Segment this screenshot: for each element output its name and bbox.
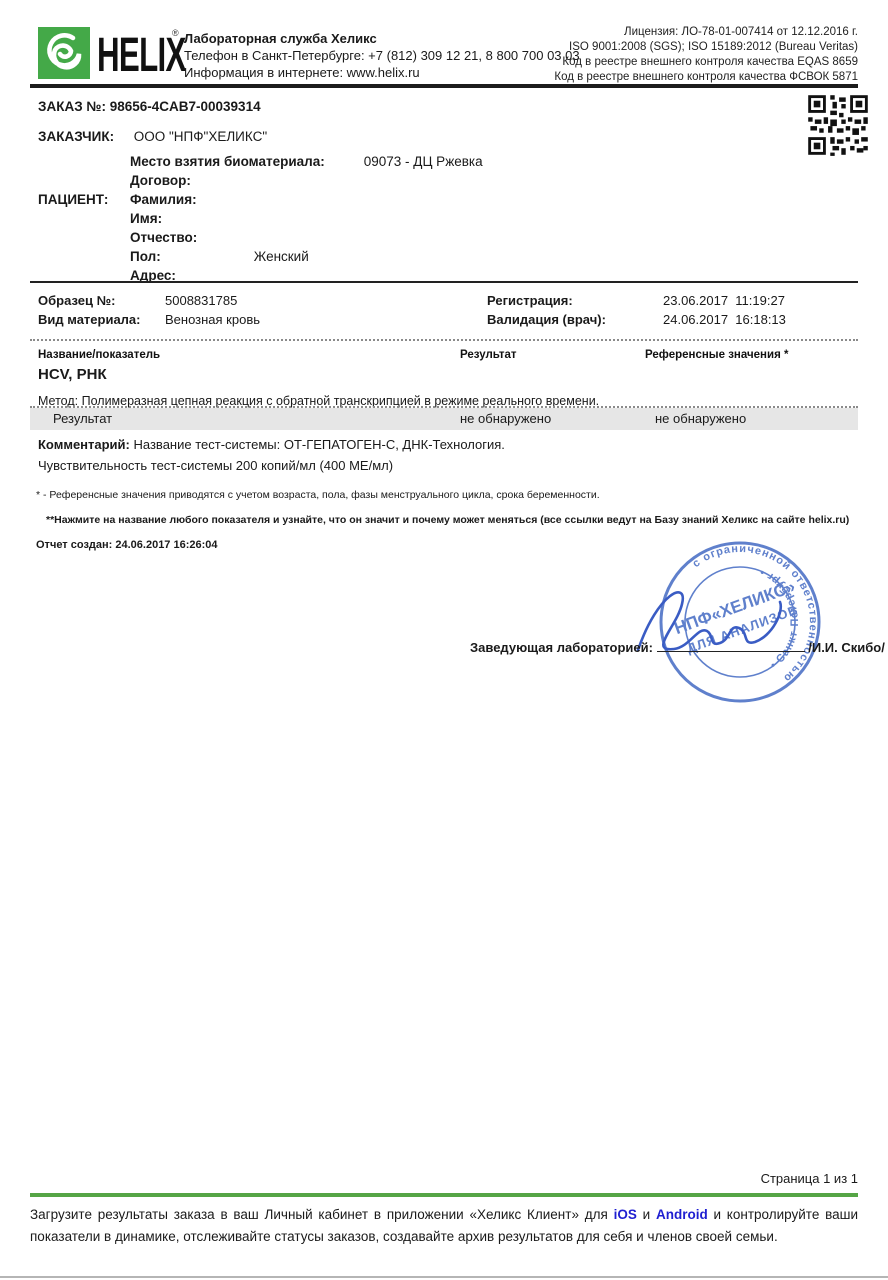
license-line: Лицензия: ЛО-78-01-007414 от 12.12.2016 … — [554, 25, 858, 40]
material-label: Вид материала: — [38, 312, 141, 327]
place-label: Место взятия биоматериала: — [130, 152, 360, 171]
comment-label: Комментарий: — [38, 437, 130, 452]
license-info: Лицензия: ЛО-78-01-007414 от 12.12.2016 … — [554, 25, 858, 85]
spiral-icon — [38, 27, 90, 79]
patient-sex-row: Пол: Женский — [38, 247, 798, 266]
comment-line2: Чувствительность тест-системы 200 копий/… — [38, 455, 828, 476]
registration-value: 23.06.2017 11:19:27 — [663, 293, 785, 308]
comment-line1: Название тест-системы: ОТ-ГЕПАТОГЕН-С, Д… — [134, 437, 505, 452]
material-value: Венозная кровь — [165, 312, 260, 327]
eqas-line: Код в реестре внешнего контроля качества… — [554, 55, 858, 70]
android-link[interactable]: Android — [656, 1207, 708, 1222]
order-number-line: ЗАКАЗ №: 98656-4CAB7-00039314 — [38, 99, 261, 114]
customer-label: ЗАКАЗЧИК: — [38, 127, 130, 146]
reference-footnote: * - Референсные значения приводятся с уч… — [36, 489, 600, 501]
patient-name-row: Имя: — [38, 209, 798, 228]
website-line: Информация в интернете: www.helix.ru — [184, 64, 580, 81]
registered-mark: ® — [172, 28, 179, 38]
registration-label: Регистрация: — [487, 293, 573, 308]
validation-value: 24.06.2017 16:18:13 — [663, 312, 786, 327]
sample-value: 5008831785 — [165, 293, 237, 308]
surname-label: Фамилия: — [130, 190, 250, 209]
customer-row: ЗАКАЗЧИК: ООО "НПФ"ХЕЛИКС" — [38, 127, 798, 146]
result-row-label: Результат — [53, 411, 112, 426]
promo-separator: и — [637, 1207, 656, 1222]
promo-text-1: Загрузите результаты заказа в ваш Личный… — [30, 1207, 614, 1222]
column-header-result: Результат — [460, 349, 516, 361]
footer-divider — [30, 1193, 858, 1197]
lab-head-name: /И.И. Скибо/ — [808, 640, 885, 655]
knowledge-base-footnote: **Нажмите на название любого показателя … — [46, 514, 849, 526]
test-name[interactable]: HCV, РНК — [38, 366, 107, 383]
order-label: ЗАКАЗ №: — [38, 99, 106, 114]
column-header-name: Название/показатель — [38, 349, 160, 361]
created-value: 24.06.2017 16:26:04 — [115, 539, 217, 551]
comment-block: Комментарий: Название тест-системы: ОТ-Г… — [38, 434, 828, 476]
header-contacts: Лабораторная служба Хеликс Телефон в Сан… — [184, 30, 580, 81]
result-row: Результат не обнаружено не обнаружено — [30, 408, 858, 430]
contract-label: Договор: — [130, 171, 360, 190]
footer-promo: Загрузите результаты заказа в ваш Личный… — [30, 1204, 858, 1248]
service-name: Лабораторная служба Хеликс — [184, 30, 580, 47]
helix-logo-icon — [38, 27, 90, 79]
sex-label: Пол: — [130, 247, 250, 266]
validation-label: Валидация (врач): — [487, 312, 606, 327]
contract-row: Договор: — [38, 171, 798, 190]
page-number: Страница 1 из 1 — [761, 1171, 858, 1186]
column-header-reference: Референсные значения * — [645, 349, 788, 361]
lab-head-label: Заведующая лабораторией: — [470, 640, 653, 655]
patronymic-label: Отчество: — [130, 228, 250, 247]
customer-value: ООО "НПФ"ХЕЛИКС" — [134, 129, 267, 144]
sex-value: Женский — [254, 249, 309, 264]
name-label: Имя: — [130, 209, 250, 228]
section-divider — [30, 281, 858, 283]
patient-surname-row: Фамилия: — [38, 190, 798, 209]
order-number: 98656-4CAB7-00039314 — [110, 99, 261, 114]
qr-code — [806, 93, 870, 157]
signature-line: Заведующая лабораторией: /И.И. Скибо/ — [470, 638, 885, 655]
page-bottom-border — [0, 1276, 888, 1278]
result-value: не обнаружено — [460, 411, 551, 426]
phone-line: Телефон в Санкт-Петербурге: +7 (812) 309… — [184, 47, 580, 64]
reference-value: не обнаружено — [655, 411, 746, 426]
ios-link[interactable]: iOS — [614, 1207, 637, 1222]
signature-underline — [657, 638, 805, 652]
header-divider — [30, 84, 858, 88]
lab-report-page: HELIX ® Лабораторная служба Хеликс Телеф… — [0, 0, 888, 1280]
place-value: 09073 - ДЦ Ржевка — [364, 154, 483, 169]
fsvok-line: Код в реестре внешнего контроля качества… — [554, 70, 858, 85]
dotted-divider — [30, 339, 858, 341]
patient-patronymic-row: Отчество: — [38, 228, 798, 247]
sample-label: Образец №: — [38, 293, 115, 308]
biomaterial-place-row: Место взятия биоматериала: 09073 - ДЦ Рж… — [38, 152, 798, 171]
report-created-line: Отчет создан: 24.06.2017 16:26:04 — [36, 539, 218, 551]
created-label: Отчет создан: — [36, 539, 112, 551]
iso-line: ISO 9001:2008 (SGS); ISO 15189:2012 (Bur… — [554, 40, 858, 55]
